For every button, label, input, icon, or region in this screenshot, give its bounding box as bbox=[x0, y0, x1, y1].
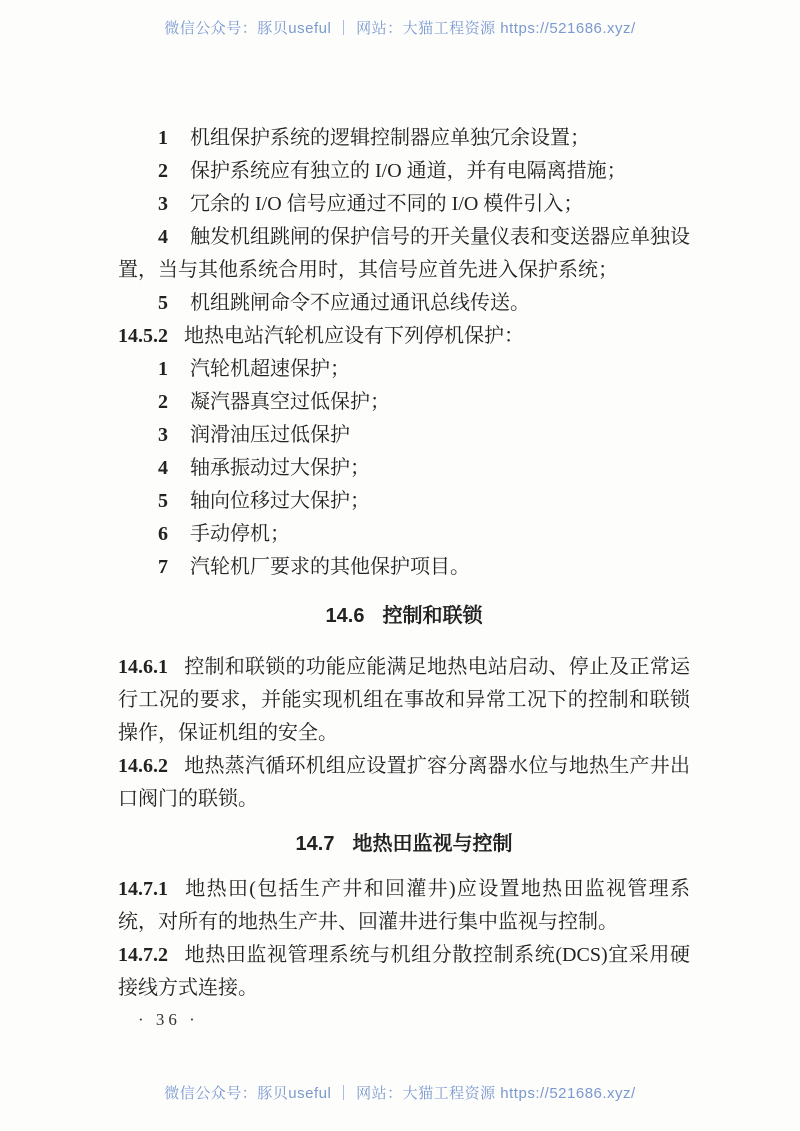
item-number: 5 bbox=[158, 490, 168, 512]
list-item: 5机组跳闸命令不应通过通讯总线传送。 bbox=[118, 287, 690, 320]
list-item: 1机组保护系统的逻辑控制器应单独冗余设置； bbox=[118, 122, 690, 155]
list-item: 2保护系统应有独立的 I/O 通道，并有电隔离措施； bbox=[118, 155, 690, 188]
clause-text: 地热田(包括生产井和回灌井)应设置地热田监视管理系统，对所有的地热生产井、回灌井… bbox=[118, 878, 690, 933]
item-text: 触发机组跳闸的保护信号的开关量仪表和变送器应单独设置，当与其他系统合用时，其信号… bbox=[118, 226, 690, 281]
list-item: 7汽轮机厂要求的其他保护项目。 bbox=[118, 551, 690, 584]
clause-text: 地热田监视管理系统与机组分散控制系统(DCS)宜采用硬接线方式连接。 bbox=[118, 944, 690, 999]
header-watermark: 微信公众号：豚贝useful ｜ 网站：大猫工程资源 https://52168… bbox=[0, 17, 800, 38]
item-text: 轴承振动过大保护； bbox=[190, 457, 370, 479]
item-number: 4 bbox=[158, 226, 168, 248]
item-text: 汽轮机厂要求的其他保护项目。 bbox=[190, 556, 470, 578]
clause-paragraph: 14.6.2地热蒸汽循环机组应设置扩容分离器水位与地热生产井出口阀门的联锁。 bbox=[118, 750, 690, 816]
clause-paragraph: 14.7.1地热田(包括生产井和回灌井)应设置地热田监视管理系统，对所有的地热生… bbox=[118, 873, 690, 939]
list-item: 2凝汽器真空过低保护； bbox=[118, 386, 690, 419]
section-heading-14-6: 14.6控制和联锁 bbox=[118, 600, 690, 633]
item-text: 凝汽器真空过低保护； bbox=[190, 391, 390, 413]
list-item: 3冗余的 I/O 信号应通过不同的 I/O 模件引入； bbox=[118, 188, 690, 221]
item-text: 汽轮机超速保护； bbox=[190, 358, 350, 380]
clause-number: 14.5.2 bbox=[118, 325, 168, 347]
list-item: 5轴向位移过大保护； bbox=[118, 485, 690, 518]
item-number: 6 bbox=[158, 523, 168, 545]
clause-text: 控制和联锁的功能应能满足地热电站启动、停止及正常运行工况的要求，并能实现机组在事… bbox=[118, 656, 690, 744]
item-text: 保护系统应有独立的 I/O 通道，并有电隔离措施； bbox=[190, 160, 627, 182]
clause-number: 14.6.1 bbox=[118, 656, 168, 678]
section-number: 14.6 bbox=[326, 605, 365, 627]
item-number: 3 bbox=[158, 424, 168, 446]
item-number: 2 bbox=[158, 160, 168, 182]
clause-paragraph: 14.7.2地热田监视管理系统与机组分散控制系统(DCS)宜采用硬接线方式连接。 bbox=[118, 939, 690, 1005]
item-text: 手动停机； bbox=[190, 523, 290, 545]
list-item: 4轴承振动过大保护； bbox=[118, 452, 690, 485]
item-number: 2 bbox=[158, 391, 168, 413]
item-text: 润滑油压过低保护 bbox=[190, 424, 350, 446]
page-number: · 36 · bbox=[138, 1010, 199, 1030]
section-heading-14-7: 14.7地热田监视与控制 bbox=[118, 828, 690, 861]
list-item: 4触发机组跳闸的保护信号的开关量仪表和变送器应单独设置，当与其他系统合用时，其信… bbox=[118, 221, 690, 287]
item-text: 机组保护系统的逻辑控制器应单独冗余设置； bbox=[190, 127, 590, 149]
section-title: 控制和联锁 bbox=[382, 605, 482, 627]
item-number: 5 bbox=[158, 292, 168, 314]
item-text: 机组跳闸命令不应通过通讯总线传送。 bbox=[190, 292, 530, 314]
item-number: 1 bbox=[158, 127, 168, 149]
item-text: 冗余的 I/O 信号应通过不同的 I/O 模件引入； bbox=[190, 193, 583, 215]
item-text: 轴向位移过大保护； bbox=[190, 490, 370, 512]
clause-number: 14.7.2 bbox=[118, 944, 168, 966]
footer-watermark: 微信公众号：豚贝useful ｜ 网站：大猫工程资源 https://52168… bbox=[0, 1082, 800, 1103]
clause-number: 14.6.2 bbox=[118, 755, 168, 777]
clause-text: 地热电站汽轮机应设有下列停机保护： bbox=[184, 325, 524, 347]
document-body: 1机组保护系统的逻辑控制器应单独冗余设置； 2保护系统应有独立的 I/O 通道，… bbox=[118, 122, 690, 1005]
item-number: 7 bbox=[158, 556, 168, 578]
section-title: 地热田监视与控制 bbox=[352, 833, 512, 855]
clause-text: 地热蒸汽循环机组应设置扩容分离器水位与地热生产井出口阀门的联锁。 bbox=[118, 755, 690, 810]
section-number: 14.7 bbox=[296, 833, 335, 855]
list-item: 1汽轮机超速保护； bbox=[118, 353, 690, 386]
item-number: 4 bbox=[158, 457, 168, 479]
clause-paragraph: 14.6.1控制和联锁的功能应能满足地热电站启动、停止及正常运行工况的要求，并能… bbox=[118, 651, 690, 750]
item-number: 1 bbox=[158, 358, 168, 380]
document-page: 微信公众号：豚贝useful ｜ 网站：大猫工程资源 https://52168… bbox=[0, 0, 800, 1131]
clause-paragraph: 14.5.2地热电站汽轮机应设有下列停机保护： bbox=[118, 320, 690, 353]
clause-number: 14.7.1 bbox=[118, 878, 168, 900]
list-item: 6手动停机； bbox=[118, 518, 690, 551]
list-item: 3润滑油压过低保护 bbox=[118, 419, 690, 452]
item-number: 3 bbox=[158, 193, 168, 215]
